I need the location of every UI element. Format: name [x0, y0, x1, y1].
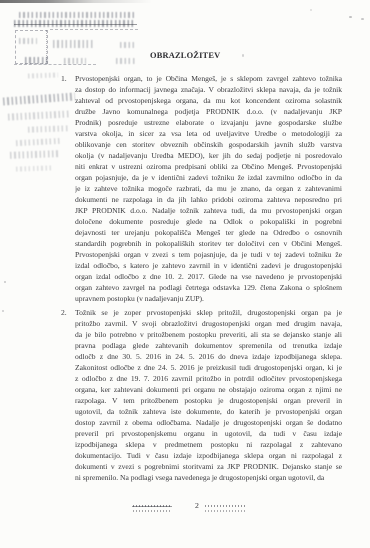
- paragraph-1: 1. Prvostopenjski organ, to je Občina Me…: [61, 73, 342, 304]
- paragraph-lines: Prvostopenjski organ, to je Občina Menge…: [75, 73, 342, 304]
- text-line: organ izdal odločbo z dne 10. 2. 2017. G…: [75, 271, 342, 282]
- text-line: izdal odločbo, s katero je zahtevo zavrn…: [75, 260, 342, 271]
- text-line: dokumenti v zvezi s pogrebnimi storitvam…: [75, 461, 342, 472]
- text-line: upravnem postopku (v nadaljevanju ZUP).: [75, 293, 342, 304]
- stamp-signature-mark: [25, 57, 49, 64]
- scan-speck: [2, 310, 4, 312]
- stamp-mark: [116, 58, 137, 64]
- text-line: oblikovanje cen storitev obveznih občins…: [75, 139, 342, 150]
- page-number: 2: [191, 501, 203, 510]
- text-line: z odločbo z dne 19. 7. 2016 zavrnil prit…: [75, 373, 342, 384]
- text-line: izpodbijanega sklepa v predmetnem postop…: [75, 439, 342, 450]
- stamp-dashed-line: [14, 64, 96, 65]
- footer-note-text: [205, 510, 245, 512]
- stamp-text-row: [19, 12, 134, 18]
- text-line: Prvostopenjski organ v zvezi s tem pojas…: [75, 249, 342, 260]
- text-line: zahteval od prvostopenjskega organa, da …: [75, 95, 342, 106]
- stamp-mark: [120, 42, 136, 48]
- text-line: določene dokumente posreduje glede na Od…: [75, 216, 342, 227]
- scan-speck: [4, 281, 6, 283]
- text-line: Prvostopenjski organ, to je Občina Menge…: [75, 73, 342, 84]
- text-line: dokumentacijo. Tudi v času izdaje izpodb…: [75, 450, 342, 461]
- text-line: je iz zahteve tožnika mogoče razbrati, d…: [75, 183, 342, 194]
- scan-artifact-bar: [0, 0, 152, 3]
- text-line: dostop zavrnil z obema odločbama. Nadalj…: [75, 417, 342, 428]
- text-line: organa, ker zahtevani dokumenti pri orga…: [75, 384, 342, 395]
- text-line: ni spremenilo. Na podlagi vsega navedene…: [75, 472, 342, 483]
- text-line: pritožbo zavrnil. V svoji obrazložitvi d…: [75, 318, 342, 329]
- paragraph-number: 2.: [61, 308, 67, 317]
- stamp-strike-line: [14, 24, 137, 25]
- text-line: za dostop do informacij javnega značaja.…: [75, 84, 342, 95]
- text-line: dokumenti ne razpolaga in da jih lahko p…: [75, 194, 342, 205]
- text-line: razpolaga. V tem pritožbenem postopku je…: [75, 395, 342, 406]
- scan-speck: [310, 9, 312, 11]
- text-line: ugotovil, da tožnik zahteva iste dokumen…: [75, 406, 342, 417]
- text-line: pravna podlaga glede zahtevanih dokument…: [75, 340, 342, 351]
- footer-note-text: [133, 510, 171, 512]
- bleed-through-mark: [28, 72, 58, 78]
- text-line: JKP PRODNIK d.o.o. Nadalje tožnik zahtev…: [75, 205, 342, 216]
- text-line: varstva okolja, in sicer za vsa leta od …: [75, 128, 342, 139]
- text-line: standardih pogrebnih in pokopaliških sto…: [75, 238, 342, 249]
- text-line: organ pojasnjuje, da je v identični zade…: [75, 172, 342, 183]
- paragraph-lines: Tožnik se je zoper prvostopenjski sklep …: [75, 307, 342, 483]
- text-line: niti enkrat v ustrezni oziroma predpisan…: [75, 161, 342, 172]
- footer-note-right: [205, 505, 245, 515]
- bleed-through-mark: [16, 165, 52, 171]
- text-line: odločb z dne 30. 5. 2016 in 24. 5. 2016 …: [75, 351, 342, 362]
- text-line: da je bilo potrebno v pritožbenem postop…: [75, 329, 342, 340]
- text-line: okolja (v nadaljevanju Uredba MEDO), ker…: [75, 150, 342, 161]
- scan-speck: [361, 18, 364, 20]
- stamp-dashed-line: [50, 29, 138, 30]
- document-page: OBRAZLOŽITEV 1. Prvostopenjski organ, to…: [0, 0, 370, 548]
- footer-note-left: [133, 505, 171, 515]
- stamp-mark: [53, 40, 95, 48]
- text-line: preveril pri prvostopenjskemu organu in …: [75, 428, 342, 439]
- text-line: Prodnik) posreduje ustrezne elaborate o …: [75, 117, 342, 128]
- text-line: organ zahtevo zavrgel na podlagi četrteg…: [75, 282, 342, 293]
- received-stamp: [14, 10, 142, 68]
- page-title: OBRAZLOŽITEV: [150, 51, 220, 60]
- text-line: družbe Javno komunalnega podjetja PRODNI…: [75, 106, 342, 117]
- scan-speck: [242, 54, 244, 57]
- paragraph-2: 2. Tožnik se je zoper prvostopenjski skl…: [61, 307, 342, 483]
- footer-strike-line: [132, 506, 172, 507]
- scan-speck: [349, 16, 352, 18]
- text-line: Zakonitost odločbe z dne 24. 5. 2016 je …: [75, 362, 342, 373]
- bleed-through-mark: [10, 150, 58, 159]
- stamp-mark: [19, 38, 37, 44]
- text-line: dejavnosti ter urejanju pokopališča Meng…: [75, 227, 342, 238]
- bleed-through-mark: [16, 138, 62, 146]
- footer-note-text: [205, 505, 245, 507]
- text-line: Tožnik se je zoper prvostopenjski sklep …: [75, 307, 342, 318]
- paragraph-number: 1.: [61, 74, 67, 83]
